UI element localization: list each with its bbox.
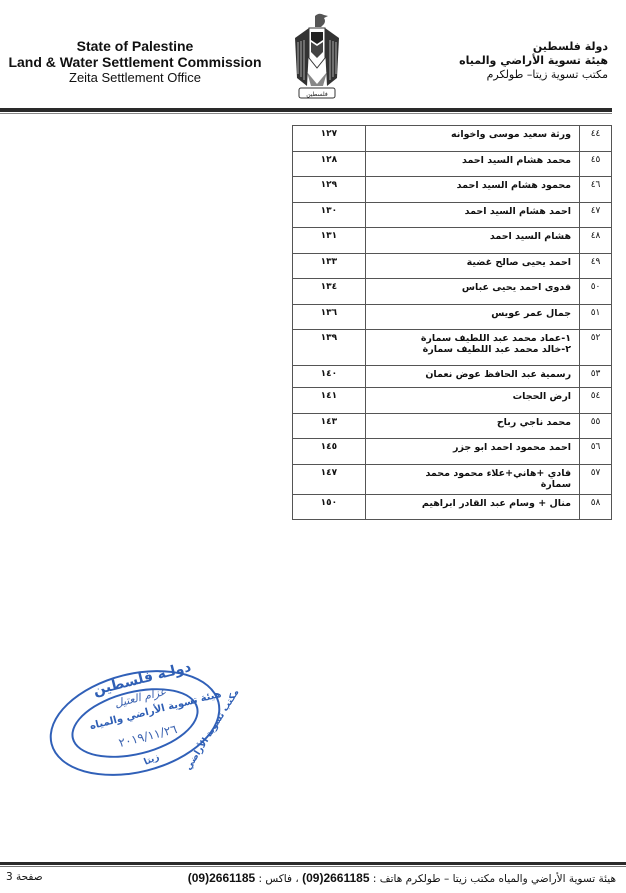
header-english: State of Palestine Land & Water Settleme… [0, 38, 270, 85]
state-name-ar: دولة فلسطين [459, 40, 608, 54]
page-number: صفحة 3 [6, 871, 43, 883]
row-index: ٥٥ [580, 413, 612, 439]
owner-name: احمد محمود احمد ابو جزر [365, 439, 579, 465]
table-row: ٥٦ احمد محمود احمد ابو جزر ١٤٥ [293, 439, 612, 465]
parcel-number: ١٤٠ [293, 366, 366, 388]
table-row: ٥٤ ارض الحجات ١٤١ [293, 388, 612, 414]
footer-fax: 2661185(09) [188, 871, 255, 885]
table-row: ٥٣ رسمية عبد الحافظ عوض نعمان ١٤٠ [293, 366, 612, 388]
table-row: ٥٢ ١-عماد محمد عبد اللطيف سمارة ٢-خالد م… [293, 330, 612, 366]
owner-name: ارض الحجات [365, 388, 579, 414]
row-index: ٥٢ [580, 330, 612, 366]
table-row: ٤٨ هشام السيد احمد ١٣١ [293, 228, 612, 254]
owner-name: احمد يحيى صالح غضية [365, 253, 579, 279]
parcel-number: ١٢٨ [293, 151, 366, 177]
table-row: ٥٠ فدوى احمد يحيى عباس ١٣٤ [293, 279, 612, 305]
footer-office: هيئة تسوية الأراضي والمياه مكتب زيتا – ط… [373, 873, 616, 885]
footer-separator: ، [295, 873, 298, 885]
footer-contact: هيئة تسوية الأراضي والمياه مكتب زيتا – ط… [188, 871, 616, 885]
parcel-number: ١٣٦ [293, 304, 366, 330]
row-index: ٥٨ [580, 494, 612, 520]
owner-name-line1: ١-عماد محمد عبد اللطيف سمارة [372, 333, 571, 344]
svg-text:فلسطين: فلسطين [306, 91, 328, 98]
table-row: ٥٧ فادي +هاني+علاء محمود محمد سمارة ١٤٧ [293, 464, 612, 494]
owner-name: احمد هشام السيد احمد [365, 202, 579, 228]
row-index: ٥٧ [580, 464, 612, 494]
table-row: ٤٦ محمود هشام السيد احمد ١٢٩ [293, 177, 612, 203]
parcel-number: ١٣٠ [293, 202, 366, 228]
owner-name: فادي +هاني+علاء محمود محمد سمارة [365, 464, 579, 494]
office-name: Zeita Settlement Office [0, 70, 270, 85]
parcel-number: ١٤٥ [293, 439, 366, 465]
footer-divider [0, 862, 626, 865]
official-stamp: دولـة فلسطين عزام العتيل هيئة تسوية الأر… [48, 665, 224, 775]
row-index: ٥٠ [580, 279, 612, 305]
parcel-number: ١٤١ [293, 388, 366, 414]
table-row: ٤٧ احمد هشام السيد احمد ١٣٠ [293, 202, 612, 228]
row-index: ٤٤ [580, 126, 612, 152]
parcel-number: ١٥٠ [293, 494, 366, 520]
table-row: ٤٤ ورثة سعيد موسى واخوانه ١٢٧ [293, 126, 612, 152]
row-index: ٤٦ [580, 177, 612, 203]
owner-name-line2: سمارة [372, 479, 571, 490]
row-index: ٤٥ [580, 151, 612, 177]
records-table: ٤٤ ورثة سعيد موسى واخوانه ١٢٧ ٤٥ محمد هش… [292, 125, 612, 520]
owner-name: فدوى احمد يحيى عباس [365, 279, 579, 305]
commission-name-ar: هيئة تسوية الأراضي والمياه [459, 54, 608, 68]
owner-name: محمود هشام السيد احمد [365, 177, 579, 203]
row-index: ٥٤ [580, 388, 612, 414]
table-row: ٤٩ احمد يحيى صالح غضية ١٣٣ [293, 253, 612, 279]
row-index: ٥١ [580, 304, 612, 330]
header-arabic: دولة فلسطين هيئة تسوية الأراضي والمياه م… [459, 40, 608, 82]
row-index: ٤٩ [580, 253, 612, 279]
footer-phone: 2661185(09) [302, 871, 369, 885]
row-index: ٤٧ [580, 202, 612, 228]
parcel-number: ١٢٩ [293, 177, 366, 203]
header-divider [0, 108, 612, 112]
parcel-number: ١٢٧ [293, 126, 366, 152]
owner-name: محمد ناجي رباح [365, 413, 579, 439]
commission-name: Land & Water Settlement Commission [0, 54, 270, 70]
header-divider-thin [0, 113, 612, 114]
owner-name: محمد هشام السيد احمد [365, 151, 579, 177]
parcel-number: ١٣٤ [293, 279, 366, 305]
table-row: ٤٥ محمد هشام السيد احمد ١٢٨ [293, 151, 612, 177]
parcel-number: ١٣١ [293, 228, 366, 254]
parcel-number: ١٤٧ [293, 464, 366, 494]
parcel-number: ١٤٣ [293, 413, 366, 439]
owner-name-line2: ٢-خالد محمد عبد اللطيف سمارة [372, 344, 571, 355]
owner-name: رسمية عبد الحافظ عوض نعمان [365, 366, 579, 388]
owner-name: ورثة سعيد موسى واخوانه [365, 126, 579, 152]
parcel-number: ١٣٩ [293, 330, 366, 366]
row-index: ٥٦ [580, 439, 612, 465]
parcel-number: ١٣٣ [293, 253, 366, 279]
owner-name-line1: فادي +هاني+علاء محمود محمد [372, 468, 571, 479]
footer-divider-thin [0, 866, 626, 867]
table-row: ٥٥ محمد ناجي رباح ١٤٣ [293, 413, 612, 439]
office-name-ar: مكتب تسوية زيتا– طولكرم [459, 68, 608, 82]
state-name: State of Palestine [0, 38, 270, 54]
table-row: ٥١ جمال عمر عويس ١٣٦ [293, 304, 612, 330]
palestine-eagle-emblem-icon: فلسطين [293, 8, 341, 104]
owner-name: منال + وسام عبد القادر ابراهيم [365, 494, 579, 520]
footer: صفحة 3 هيئة تسوية الأراضي والمياه مكتب ز… [0, 869, 626, 889]
owner-name: جمال عمر عويس [365, 304, 579, 330]
row-index: ٤٨ [580, 228, 612, 254]
owner-name: ١-عماد محمد عبد اللطيف سمارة ٢-خالد محمد… [365, 330, 579, 366]
footer-fax-label: فاكس : [259, 873, 292, 885]
table-row: ٥٨ منال + وسام عبد القادر ابراهيم ١٥٠ [293, 494, 612, 520]
row-index: ٥٣ [580, 366, 612, 388]
owner-name: هشام السيد احمد [365, 228, 579, 254]
